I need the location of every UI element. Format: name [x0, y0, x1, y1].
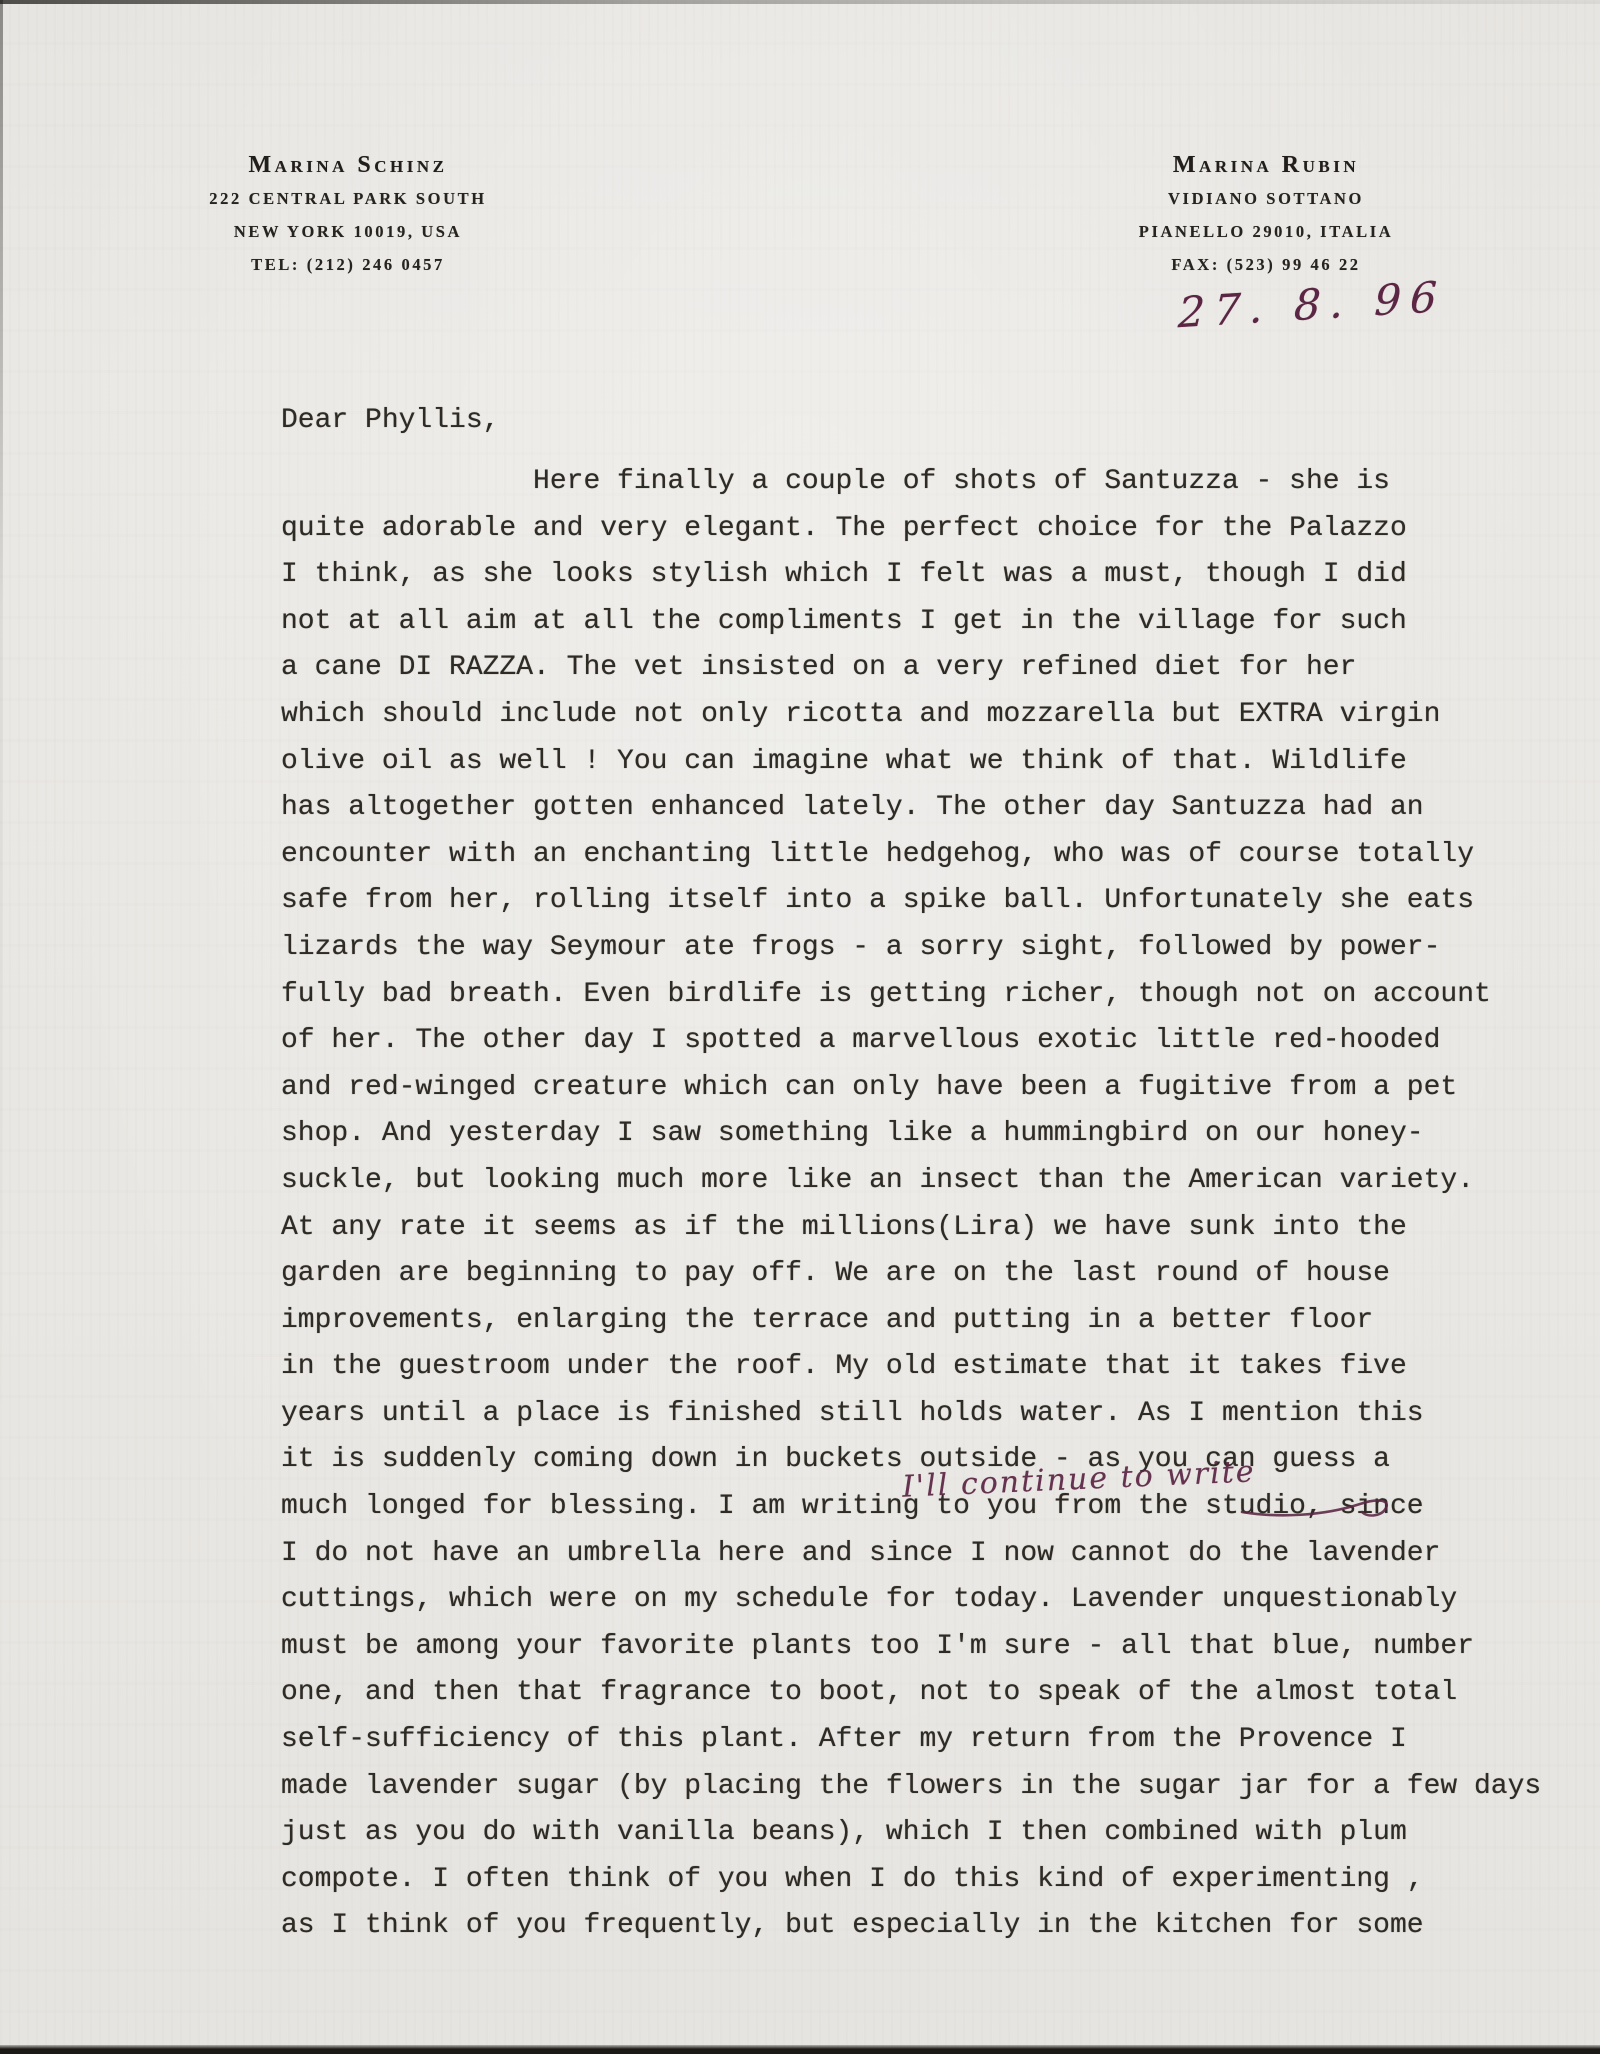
- letter-line: which should include not only ricotta an…: [281, 692, 1571, 739]
- letter-line: in the guestroom under the roof. My old …: [281, 1344, 1571, 1391]
- letter-lines: Here finally a couple of shots of Santuz…: [281, 459, 1571, 1950]
- sender-fax: FAX: (523) 99 46 22: [1171, 255, 1360, 275]
- scan-edge-left: [0, 0, 3, 2054]
- sender-name-right: Marina Rubin: [1173, 152, 1359, 179]
- sender-address-region: PIANELLO 29010, ITALIA: [1139, 222, 1393, 242]
- letter-line: I do not have an umbrella here and since…: [281, 1531, 1571, 1578]
- salutation: Dear Phyllis,: [281, 398, 1571, 444]
- letter-line: improvements, enlarging the terrace and …: [281, 1298, 1571, 1345]
- letter-line: made lavender sugar (by placing the flow…: [281, 1764, 1571, 1811]
- letter-line: as I think of you frequently, but especi…: [281, 1903, 1571, 1950]
- sender-address-street: 222 CENTRAL PARK SOUTH: [209, 189, 486, 209]
- sender-address-city: NEW YORK 10019, USA: [234, 222, 462, 242]
- letter-line: encounter with an enchanting little hedg…: [281, 832, 1571, 879]
- letter-line: shop. And yesterday I saw something like…: [281, 1111, 1571, 1158]
- sender-phone: TEL: (212) 246 0457: [251, 255, 445, 275]
- letter-line: years until a place is finished still ho…: [281, 1391, 1571, 1438]
- letter-line: of her. The other day I spotted a marvel…: [281, 1018, 1571, 1065]
- handwritten-underline-icon: [1238, 1488, 1408, 1528]
- letter-line: has altogether gotten enhanced lately. T…: [281, 785, 1571, 832]
- letter-line: garden are beginning to pay off. We are …: [281, 1251, 1571, 1298]
- letter-line: At any rate it seems as if the millions(…: [281, 1205, 1571, 1252]
- letter-line: self-sufficiency of this plant. After my…: [281, 1717, 1571, 1764]
- letter-line: safe from her, rolling itself into a spi…: [281, 878, 1571, 925]
- letter-line: I think, as she looks stylish which I fe…: [281, 552, 1571, 599]
- letter-line: just as you do with vanilla beans), whic…: [281, 1810, 1571, 1857]
- letter-line: one, and then that fragrance to boot, no…: [281, 1670, 1571, 1717]
- letter-page: Marina Schinz 222 CENTRAL PARK SOUTH NEW…: [0, 0, 1600, 2054]
- letterhead-left: Marina Schinz 222 CENTRAL PARK SOUTH NEW…: [148, 152, 548, 288]
- letter-body: Dear Phyllis, Here finally a couple of s…: [281, 398, 1571, 1950]
- letter-line: must be among your favorite plants too I…: [281, 1624, 1571, 1671]
- letterhead-right: Marina Rubin VIDIANO SOTTANO PIANELLO 29…: [1066, 152, 1466, 288]
- letter-line: lizards the way Seymour ate frogs - a so…: [281, 925, 1571, 972]
- letter-line: olive oil as well ! You can imagine what…: [281, 739, 1571, 786]
- letter-line: a cane DI RAZZA. The vet insisted on a v…: [281, 645, 1571, 692]
- letter-line: not at all aim at all the compliments I …: [281, 599, 1571, 646]
- letter-line: Here finally a couple of shots of Santuz…: [281, 459, 1571, 506]
- sender-address-locality: VIDIANO SOTTANO: [1168, 189, 1364, 209]
- letter-line: compote. I often think of you when I do …: [281, 1857, 1571, 1904]
- letter-line: fully bad breath. Even birdlife is getti…: [281, 972, 1571, 1019]
- scan-edge-bottom: [0, 2045, 1600, 2054]
- letter-line: quite adorable and very elegant. The per…: [281, 506, 1571, 553]
- letter-line: and red-winged creature which can only h…: [281, 1065, 1571, 1112]
- letter-line: cuttings, which were on my schedule for …: [281, 1577, 1571, 1624]
- sender-name-left: Marina Schinz: [249, 152, 448, 179]
- letter-line: suckle, but looking much more like an in…: [281, 1158, 1571, 1205]
- scan-edge-top: [0, 0, 1600, 4]
